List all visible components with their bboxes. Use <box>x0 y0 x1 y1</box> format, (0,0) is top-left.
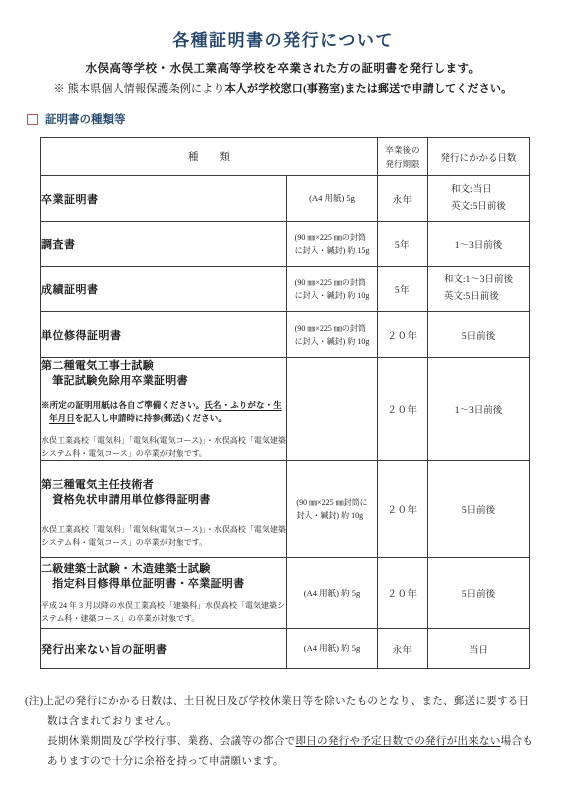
cert-period: ２０年 <box>378 312 428 358</box>
cert-title: 第三種電気主任技術者 資格免状申請用単位修得証明書 <box>41 478 286 508</box>
cert-period: ２０年 <box>378 358 428 461</box>
caution-text: ※ 熊本県個人情報保護条例により本人が学校窓口(事務室)または郵送で申請してくだ… <box>0 80 566 96</box>
footnote-1: (注)上記の発行にかかる日数は、土日祝日及び学校休業日等を除いたものとなり、また… <box>25 692 538 732</box>
cert-detail: 水俣工業高校「電気科」「電気科(電気コース)」・水俣高校「電気建築システム科・電… <box>41 523 286 549</box>
cert-note: ※所定の証明用紙は各自ご準備ください。氏名・ふりがな・生年月日を記入し申請時に持… <box>41 399 286 425</box>
cert-detail: 平成 24 年 3 月以降の水俣工業高校「建築科」水俣高校「電気建築システム科・… <box>41 599 286 625</box>
cert-days: 5日前後 <box>428 558 530 629</box>
cert-paper: (A4 用紙) 約 5g <box>287 629 378 669</box>
footnote-label: (注) <box>25 696 43 707</box>
cert-paper: (90 ㎜×225 ㎜の封筒 に封入・緘封) 約 15g <box>287 222 378 267</box>
cert-name: 発行出来ない旨の証明書 <box>41 629 287 669</box>
page-title: 各種証明書の発行について <box>0 26 566 51</box>
table-row: 発行出来ない旨の証明書 (A4 用紙) 約 5g 永年 当日 <box>41 629 530 669</box>
cert-paper <box>287 358 378 461</box>
cert-days: 5日前後 <box>428 461 530 558</box>
cert-paper: (90 ㎜×225 ㎜の封筒 に封入・緘封) 約 10g <box>287 267 378 312</box>
cert-period: 永年 <box>378 176 428 222</box>
cert-period: 5年 <box>378 222 428 267</box>
header-days: 発行にかかる日数 <box>428 138 530 176</box>
cert-title: 第二種電気工事士試験 筆記試験免除用卒業証明書 <box>41 359 286 389</box>
table-row: 卒業証明書 (A4 用紙) 5g 永年 和文:当日 英文:5日前後 <box>41 176 530 222</box>
caution-normal: 熊本県個人情報保護条例により <box>68 83 225 95</box>
cert-name: 卒業証明書 <box>41 176 287 222</box>
cert-period: 5年 <box>378 267 428 312</box>
cert-name: 成績証明書 <box>41 267 287 312</box>
table-row: 第二種電気工事士試験 筆記試験免除用卒業証明書 ※所定の証明用紙は各自ご準備くだ… <box>41 358 530 461</box>
cert-name: 二級建築士試験・木造建築士試験 指定科目修得単位証明書・卒業証明書 平成 24 … <box>41 558 287 629</box>
cert-days: 和文:当日 英文:5日前後 <box>428 176 530 222</box>
footnote-2: 長期休業期間及び学校行事、業務、会議等の都合で即日の発行や予定日数での発行が出来… <box>47 732 538 772</box>
cert-detail: 水俣工業高校「電気科」「電気科(電気コース)」・水俣高校「電気建築システム科・電… <box>41 434 286 460</box>
table-row: 第三種電気主任技術者 資格免状申請用単位修得証明書 水俣工業高校「電気科」「電気… <box>41 461 530 558</box>
cert-period: ２０年 <box>378 461 428 558</box>
table-row: 調査書 (90 ㎜×225 ㎜の封筒 に封入・緘封) 約 15g 5年 1〜3日… <box>41 222 530 267</box>
cert-paper: (A4 用紙) 5g <box>287 176 378 222</box>
caution-bold: 本人が学校窓口(事務室)または郵送で申請してください。 <box>225 83 513 95</box>
certificates-table: 種 類 卒業後の 発行期限 発行にかかる日数 卒業証明書 (A4 用紙) 5g … <box>40 137 530 669</box>
cert-days: 5日前後 <box>428 312 530 358</box>
cert-paper: (90 ㎜×225 ㎜の封筒 に封入・緘封) 約 10g <box>287 312 378 358</box>
section-heading: 証明書の種類等 <box>27 111 566 127</box>
cert-days: 1〜3日前後 <box>428 358 530 461</box>
cert-days: 和文:1〜3日前後 英文:5日前後 <box>428 267 530 312</box>
cert-name: 調査書 <box>41 222 287 267</box>
footnotes: (注)上記の発行にかかる日数は、土日祝日及び学校休業日等を除いたものとなり、また… <box>25 692 538 772</box>
cert-name: 単位修得証明書 <box>41 312 287 358</box>
cert-paper: (90 ㎜×225 ㎜封筒に 封入・緘封) 約 10g <box>287 461 378 558</box>
caution-mark: ※ <box>54 83 68 95</box>
cert-period: 永年 <box>378 629 428 669</box>
table-header-row: 種 類 卒業後の 発行期限 発行にかかる日数 <box>41 138 530 176</box>
cert-days: 当日 <box>428 629 530 669</box>
underlined-text: 即日の発行や予定日数での発行が出来ない <box>295 736 500 747</box>
intro-text: 水俣高等学校・水俣工業高等学校を卒業された方の証明書を発行します。 <box>0 60 566 76</box>
cert-name: 第二種電気工事士試験 筆記試験免除用卒業証明書 ※所定の証明用紙は各自ご準備くだ… <box>41 358 287 461</box>
table-row: 単位修得証明書 (90 ㎜×225 ㎜の封筒 に封入・緘封) 約 10g ２０年… <box>41 312 530 358</box>
cert-name: 第三種電気主任技術者 資格免状申請用単位修得証明書 水俣工業高校「電気科」「電気… <box>41 461 287 558</box>
table-row: 成績証明書 (90 ㎜×225 ㎜の封筒 に封入・緘封) 約 10g 5年 和文… <box>41 267 530 312</box>
red-square-outline-icon <box>27 114 38 125</box>
cert-days: 1〜3日前後 <box>428 222 530 267</box>
cert-title: 二級建築士試験・木造建築士試験 指定科目修得単位証明書・卒業証明書 <box>41 562 286 592</box>
header-period: 卒業後の 発行期限 <box>378 138 428 176</box>
table-row: 二級建築士試験・木造建築士試験 指定科目修得単位証明書・卒業証明書 平成 24 … <box>41 558 530 629</box>
cert-paper: (A4 用紙) 約 5g <box>287 558 378 629</box>
header-kind: 種 類 <box>41 138 378 176</box>
document-page: 各種証明書の発行について 水俣高等学校・水俣工業高等学校を卒業された方の証明書を… <box>0 0 566 800</box>
section-heading-label: 証明書の種類等 <box>45 111 126 127</box>
cert-period: ２０年 <box>378 558 428 629</box>
